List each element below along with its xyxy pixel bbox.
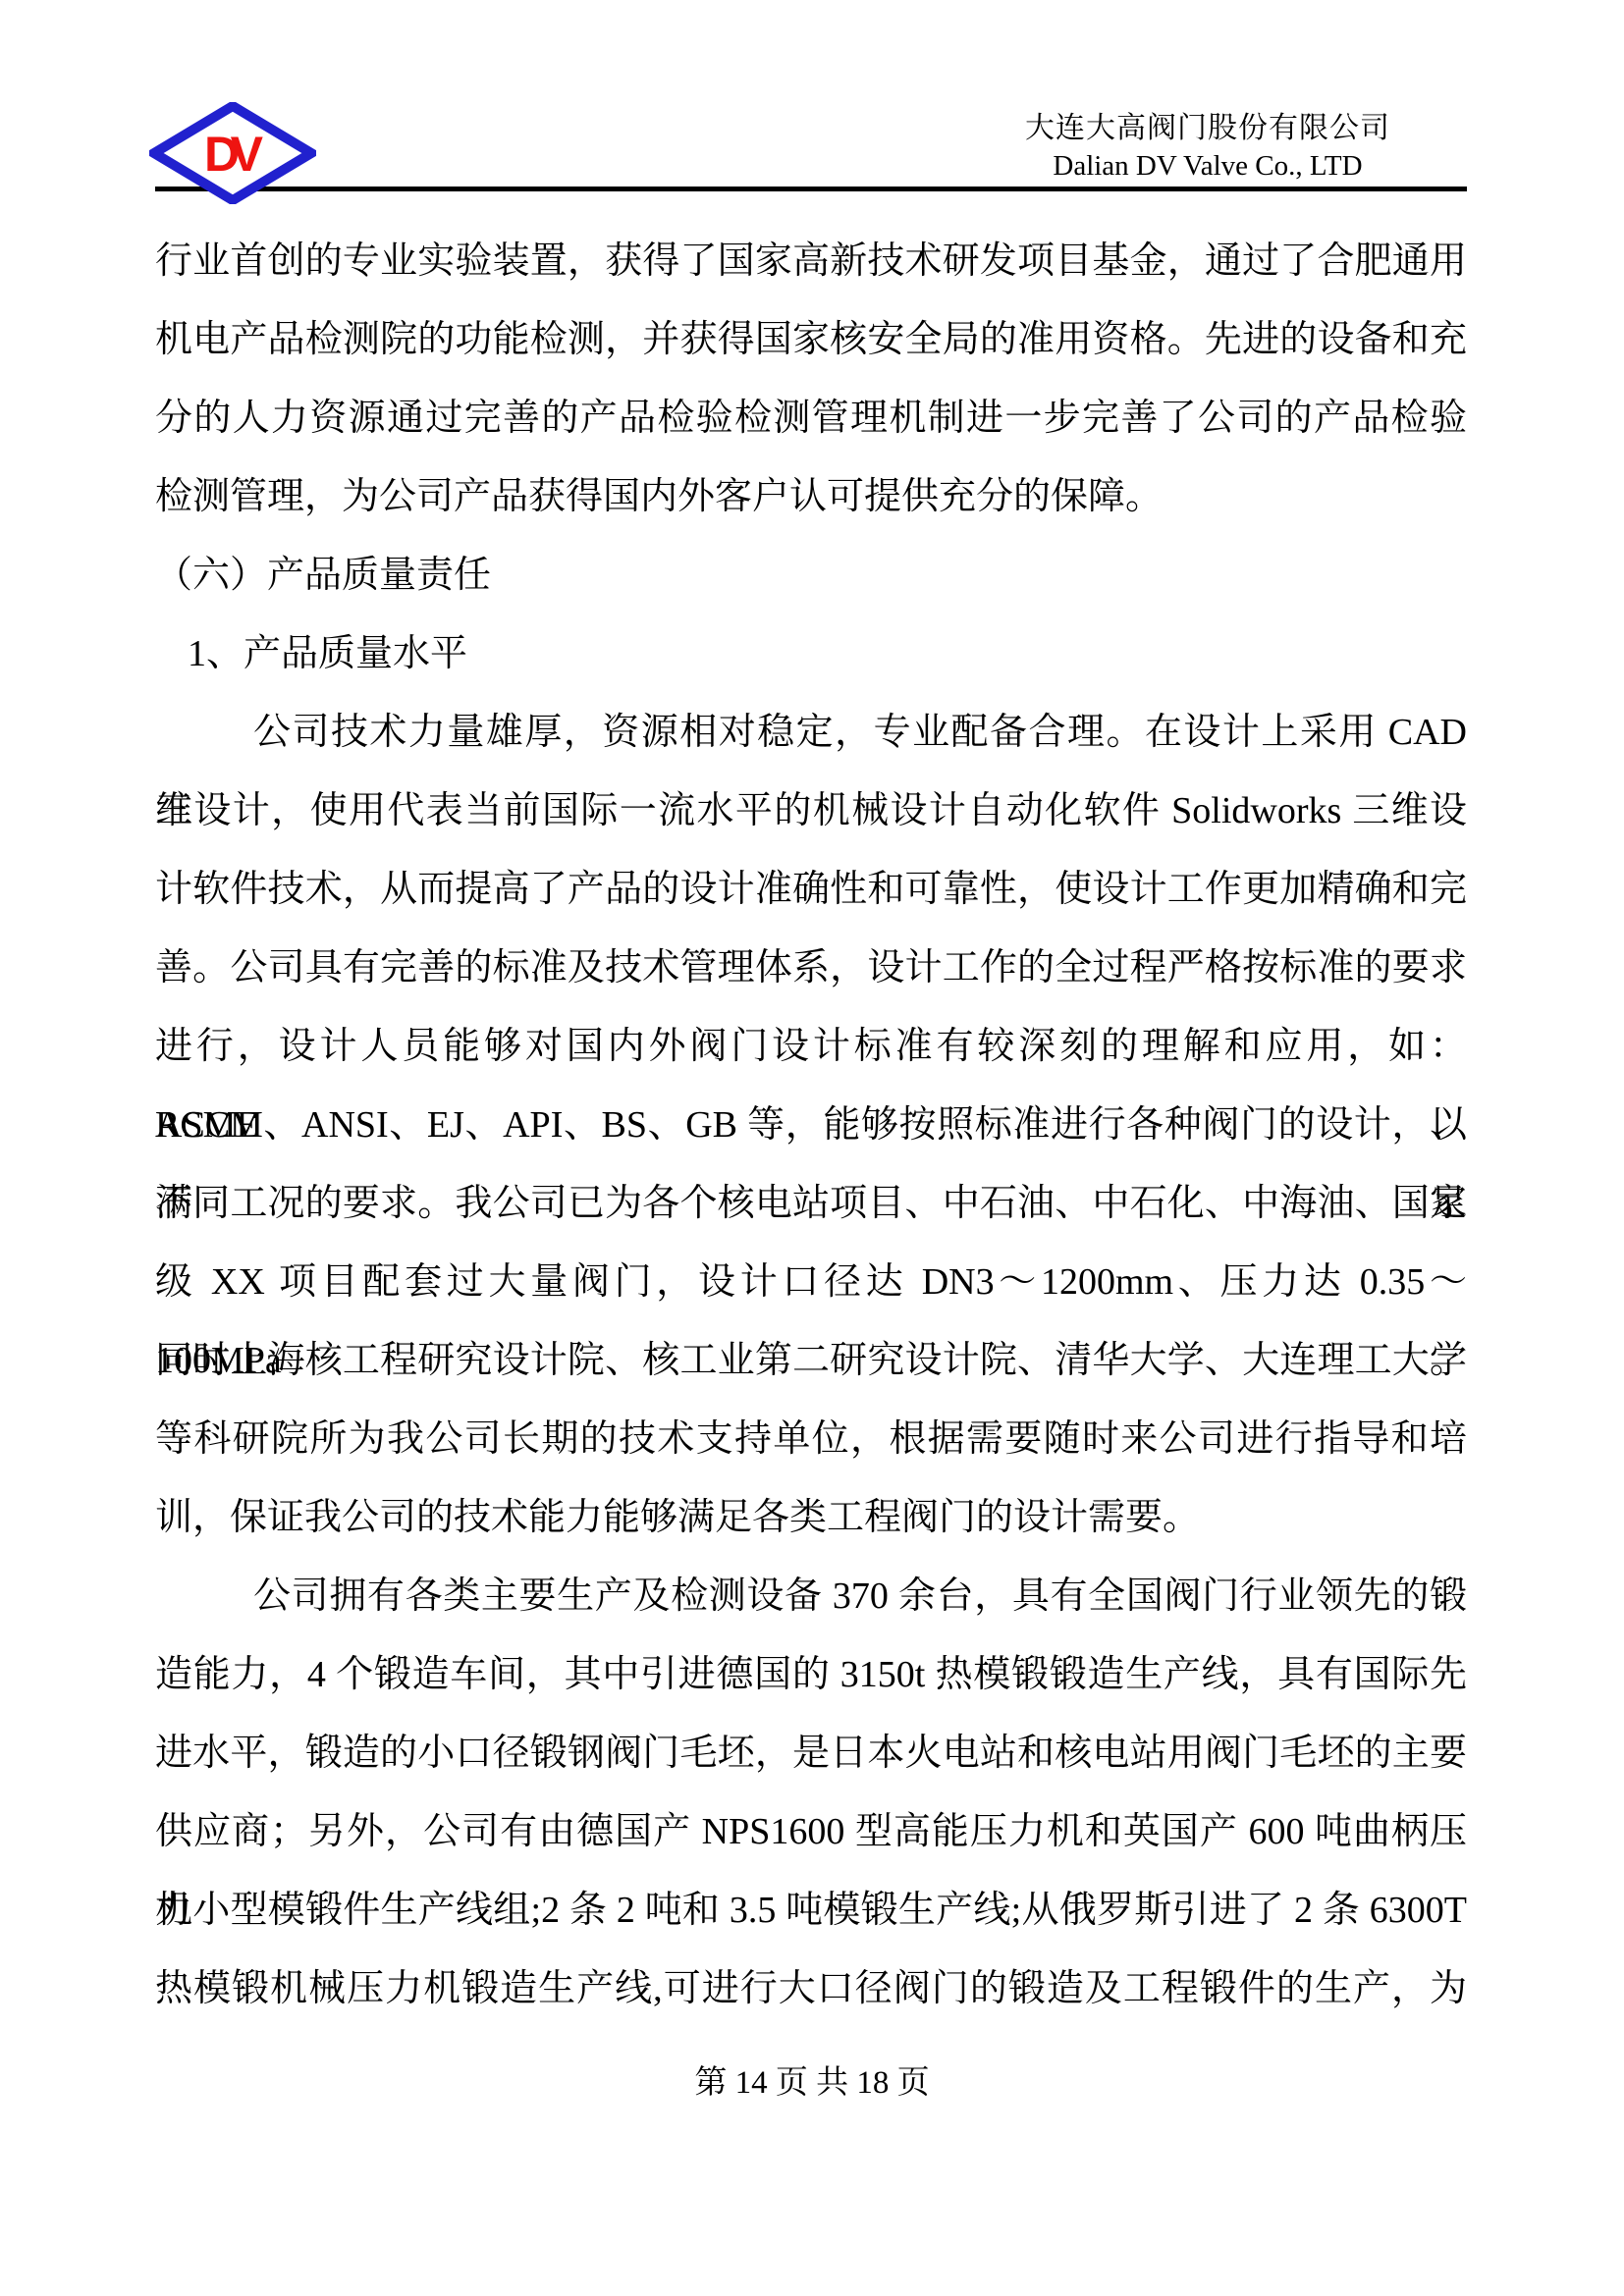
page-number: 第 14 页 共 18 页 <box>0 2061 1624 2105</box>
text-line: 机电产品检测院的功能检测，并获得国家核安全局的准用资格。先进的设备和充 <box>155 300 1467 379</box>
text-line: RCCM、ANSI、EJ、API、BS、GB 等，能够按照标准进行各种阀门的设计… <box>155 1086 1467 1164</box>
text-line: 不同工况的要求。我公司已为各个核电站项目、中石油、中石化、中海油、国家 <box>155 1164 1467 1243</box>
logo-text: DV <box>204 127 264 182</box>
text-line: 维设计，使用代表当前国际一流水平的机械设计自动化软件 Solidworks 三维… <box>155 772 1467 850</box>
text-line: 公司拥有各类主要生产及检测设备 370 余台，具有全国阀门行业领先的锻 <box>155 1557 1467 1635</box>
text-line: 训，保证我公司的技术能力能够满足各类工程阀门的设计需要。 <box>155 1478 1467 1557</box>
company-logo: DV <box>149 102 316 204</box>
text-line: 善。公司具有完善的标准及技术管理体系，设计工作的全过程严格按标准的要求 <box>155 929 1467 1007</box>
text-line: 造能力，4 个锻造车间，其中引进德国的 3150t 热模锻锻造生产线，具有国际先 <box>155 1635 1467 1714</box>
text-line: 检测管理，为公司产品获得国内外客户认可提供充分的保障。 <box>155 457 1467 536</box>
document-page: DV 大连大高阀门股份有限公司 Dalian DV Valve Co., LTD… <box>0 0 1624 2296</box>
document-body: 行业首创的专业实验装置，获得了国家高新技术研发项目基金，通过了合肥通用 机电产品… <box>155 222 1467 2028</box>
text-line: 供应商；另外，公司有由德国产 NPS1600 型高能压力机和英国产 600 吨曲… <box>155 1792 1467 1871</box>
text-line: 分的人力资源通过完善的产品检验检测管理机制进一步完善了公司的产品检验 <box>155 379 1467 457</box>
company-name-en: Dalian DV Valve Co., LTD <box>1021 149 1394 183</box>
text-line: 行业首创的专业实验装置，获得了国家高新技术研发项目基金，通过了合肥通用 <box>155 222 1467 300</box>
header-rule <box>155 187 1467 191</box>
text-line: 计软件技术，从而提高了产品的设计准确性和可靠性，使设计工作更加精确和完 <box>155 850 1467 929</box>
text-line: 级 XX 项目配套过大量阀门，设计口径达 DN3～1200mm、压力达 0.35… <box>155 1243 1467 1321</box>
text-line: 热模锻机械压力机锻造生产线,可进行大口径阀门的锻造及工程锻件的生产，为 <box>155 1949 1467 2028</box>
text-line: 同时上海核工程研究设计院、核工业第二研究设计院、清华大学、大连理工大学 <box>155 1321 1467 1400</box>
section-heading: （六）产品质量责任 <box>155 536 1467 614</box>
text-line: 等科研院所为我公司长期的技术支持单位，根据需要随时来公司进行指导和培 <box>155 1400 1467 1478</box>
text-line: 进水平，锻造的小口径锻钢阀门毛坯，是日本火电站和核电站用阀门毛坯的主要 <box>155 1714 1467 1792</box>
text-line: 机小型模锻件生产线组;2 条 2 吨和 3.5 吨模锻生产线;从俄罗斯引进了 2… <box>155 1871 1467 1949</box>
text-line: 公司技术力量雄厚，资源相对稳定，专业配备合理。在设计上采用 CAD 三 <box>155 693 1467 772</box>
company-name-zh: 大连大高阀门股份有限公司 <box>1021 108 1394 149</box>
text-line: 进行，设计人员能够对国内外阀门设计标准有较深刻的理解和应用，如： ASME、 <box>155 1007 1467 1086</box>
header-company-block: 大连大高阀门股份有限公司 Dalian DV Valve Co., LTD <box>1021 108 1394 183</box>
subsection-heading: 1、产品质量水平 <box>155 614 1467 693</box>
